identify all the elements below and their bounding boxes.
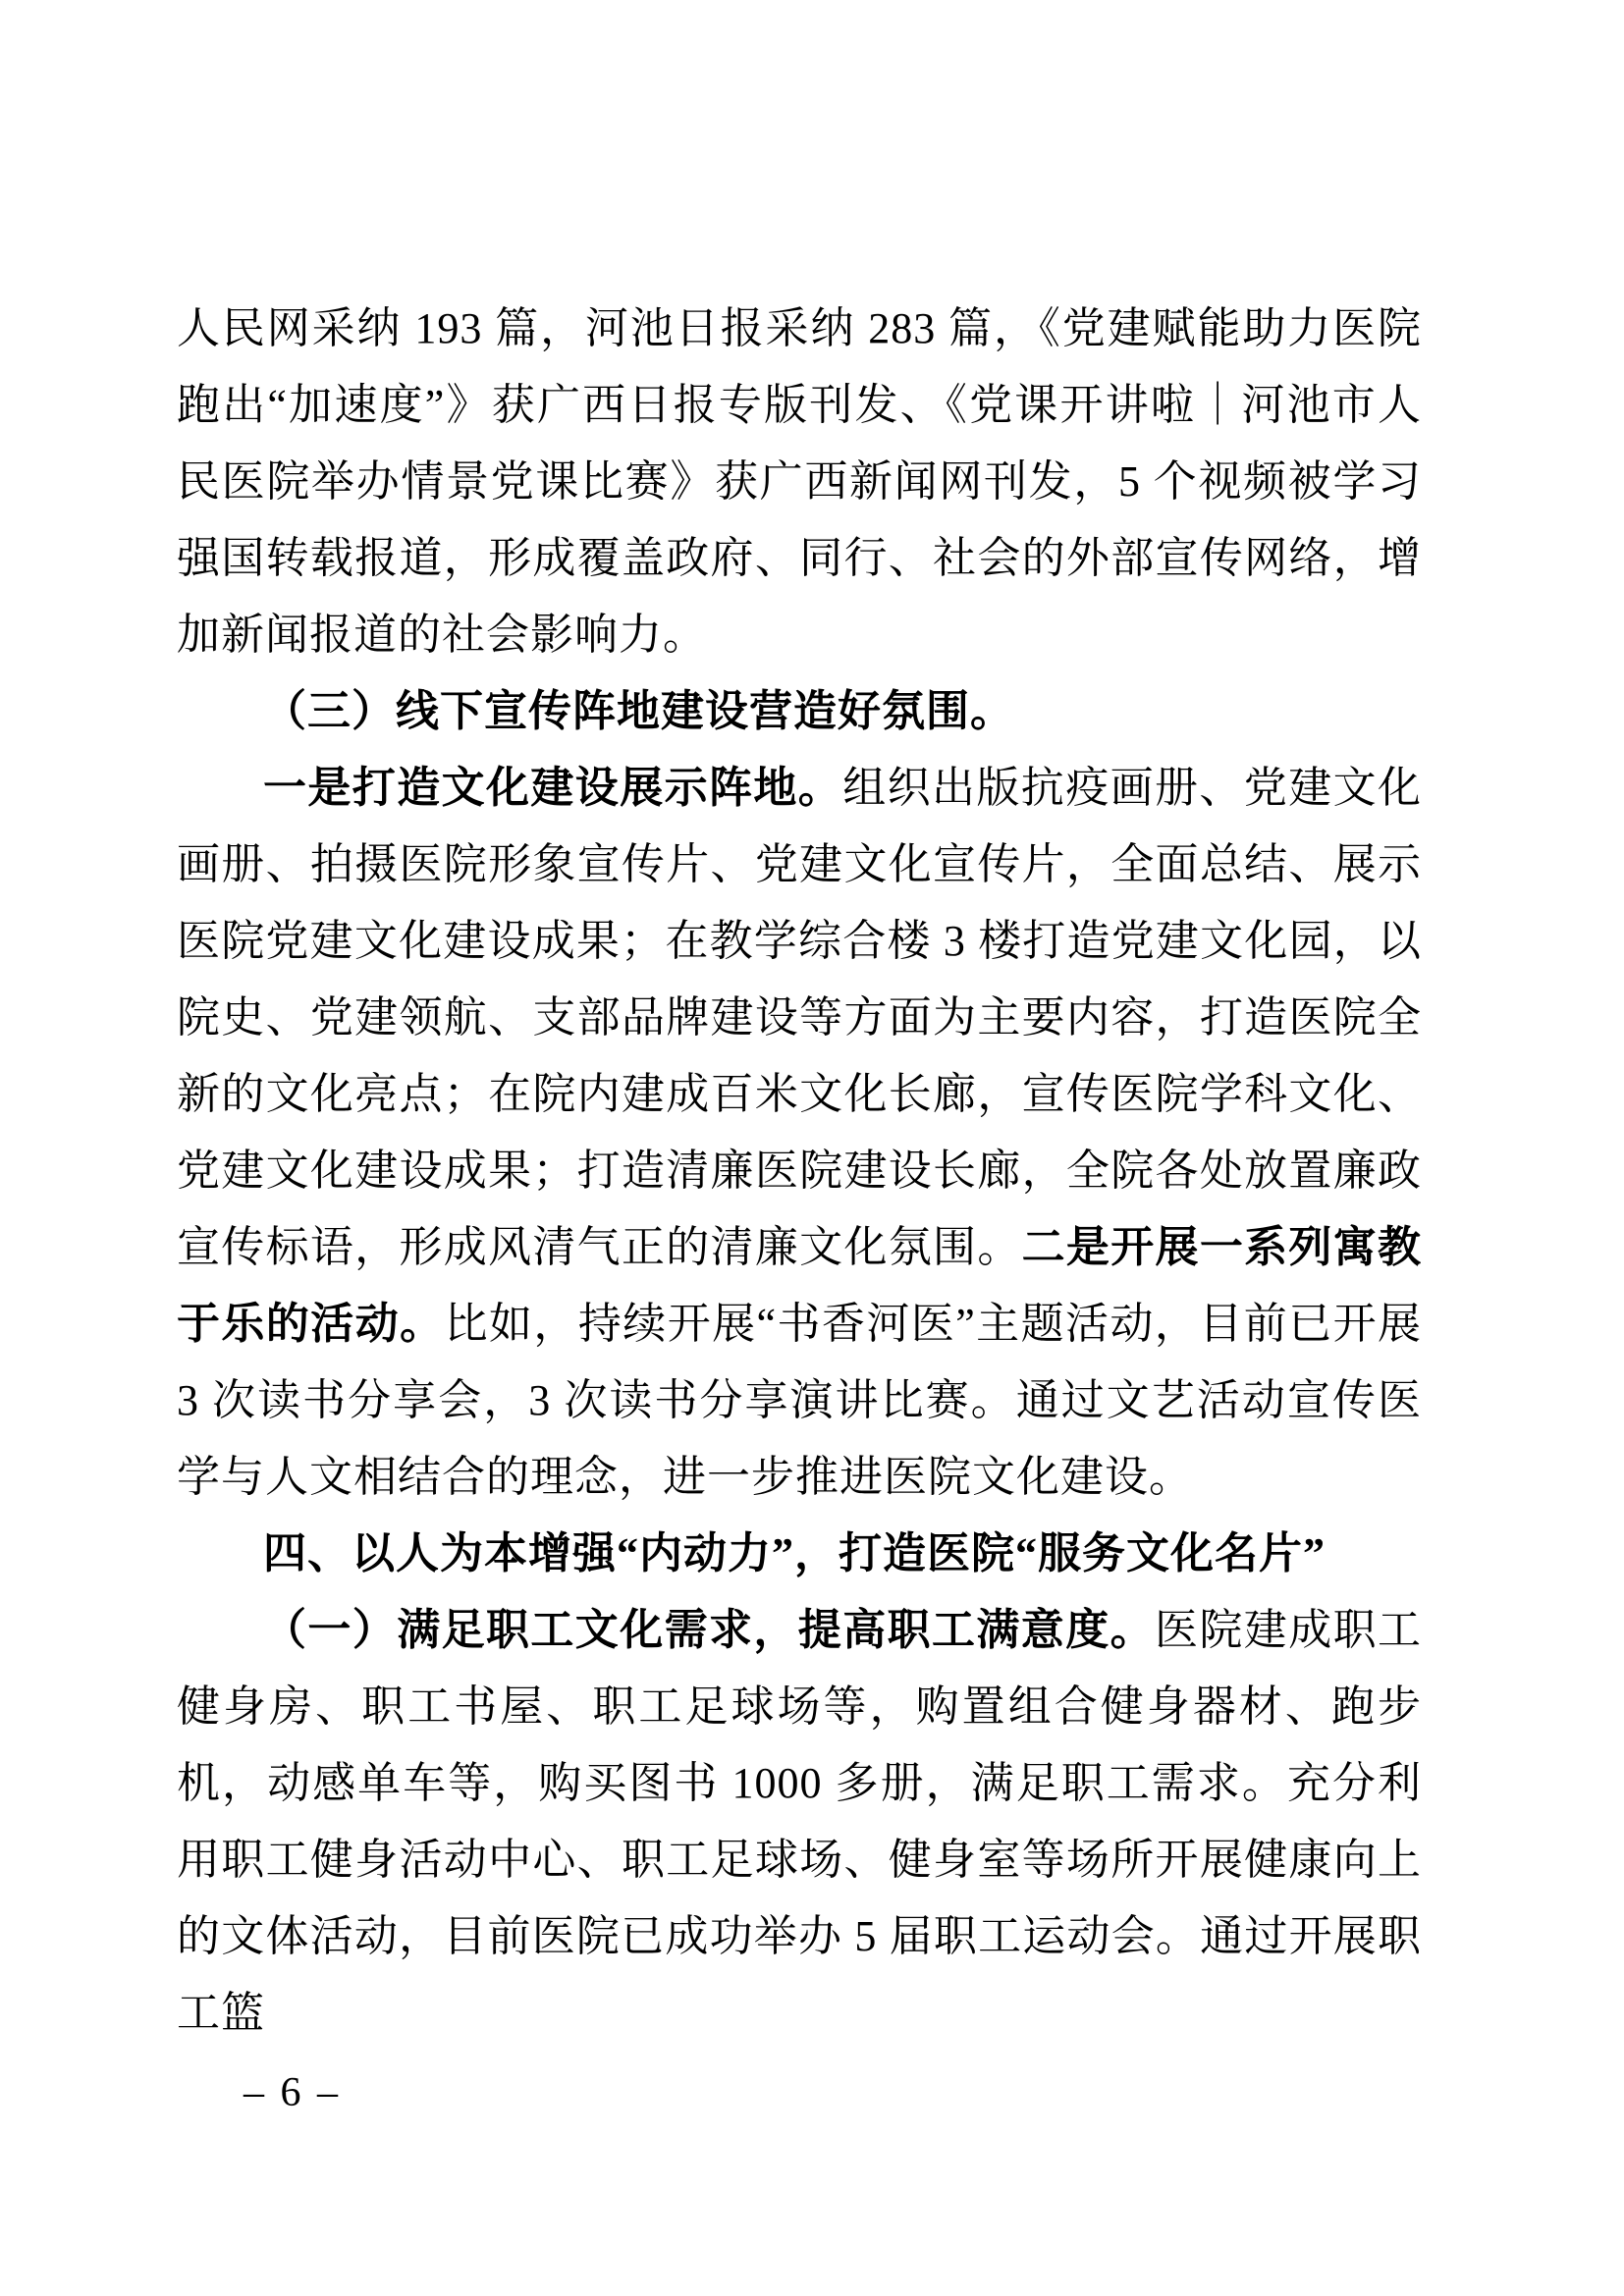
- page-footer: – 6 –: [244, 2069, 341, 2116]
- paragraph: （一）满足职工文化需求，提高职工满意度。医院建成职工健身房、职工书屋、职工足球场…: [177, 1592, 1422, 2052]
- text-segment: 医院建成职工健身房、职工书屋、职工足球场等，购置组合健身器材、跑步机，动感单车等…: [177, 1606, 1422, 2037]
- document-body: 人民网采纳 193 篇，河池日报采纳 283 篇，《党建赋能助力医院跑出“加速度…: [177, 291, 1422, 2052]
- heading-text: （三）线下宣传阵地建设营造好氛围。: [263, 687, 1014, 735]
- page-number: – 6 –: [244, 2070, 341, 2115]
- text-segment: 组织出版抗疫画册、党建文化画册、拍摄医院形象宣传片、党建文化宣传片，全面总结、展…: [177, 764, 1422, 1271]
- paragraph: 一是打造文化建设展示阵地。组织出版抗疫画册、党建文化画册、拍摄医院形象宣传片、党…: [177, 750, 1422, 1516]
- chapter-heading: 四、以人为本增强“内动力”，打造医院“服务文化名片”: [177, 1516, 1422, 1592]
- text-segment: 人民网采纳 193 篇，河池日报采纳 283 篇，《党建赋能助力医院跑出“加速度…: [177, 304, 1422, 659]
- run-in-heading: 一是打造文化建设展示阵地。: [263, 764, 842, 812]
- run-in-heading: （一）满足职工文化需求，提高职工满意度。: [263, 1606, 1155, 1654]
- paragraph: 人民网采纳 193 篇，河池日报采纳 283 篇，《党建赋能助力医院跑出“加速度…: [177, 291, 1422, 673]
- section-heading: （三）线下宣传阵地建设营造好氛围。: [177, 673, 1422, 750]
- document-page: 人民网采纳 193 篇，河池日报采纳 283 篇，《党建赋能助力医院跑出“加速度…: [0, 0, 1624, 2296]
- heading-text: 四、以人为本增强“内动力”，打造医院“服务文化名片”: [263, 1529, 1326, 1577]
